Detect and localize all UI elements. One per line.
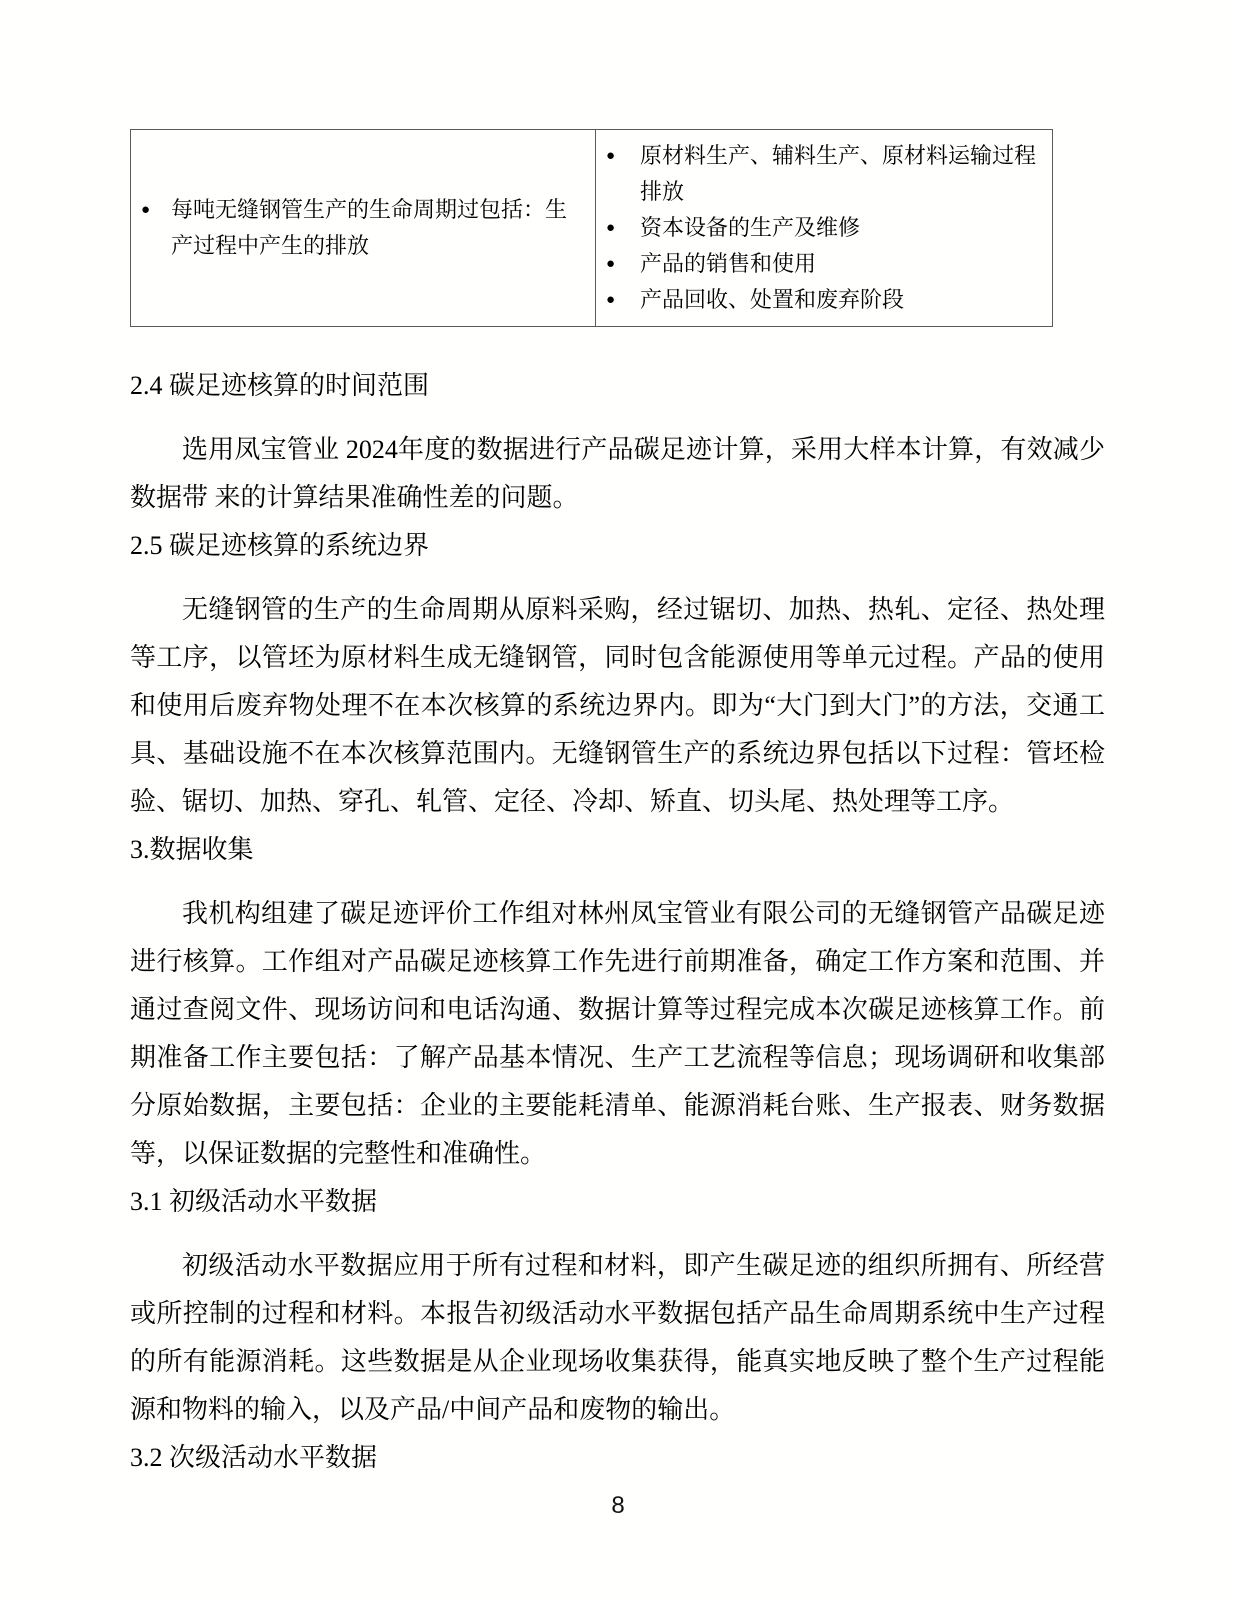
section-heading: 3.2 次级活动水平数据 — [130, 1434, 1105, 1482]
bullet-text: 每吨无缝钢管生产的生命周期过包括：生产过程中产生的排放 — [171, 192, 575, 264]
paragraph-text: 初级活动水平数据应用于所有过程和材料，即产生碳足迹的组织所拥有、所经营或所控制的… — [130, 1242, 1105, 1434]
scope-table-cell-left: ● 每吨无缝钢管生产的生命周期过包括：生产过程中产生的排放 — [131, 130, 596, 327]
bullet-text: 资本设备的生产及维修 — [640, 210, 1042, 246]
scope-table-cell-right: ● 原材料生产、辅料生产、原材料运输过程排放 ● 资本设备的生产及维修 ● 产品… — [596, 130, 1053, 327]
bullet-icon: ● — [606, 282, 640, 318]
bullet-item: ● 产品回收、处置和废弃阶段 — [606, 282, 1042, 318]
scope-table-row: ● 每吨无缝钢管生产的生命周期过包括：生产过程中产生的排放 ● 原材料生产、辅料… — [131, 130, 1053, 327]
document-section: 3.1 初级活动水平数据 初级活动水平数据应用于所有过程和材料，即产生碳足迹的组… — [130, 1178, 1105, 1434]
document-section: 2.5 碳足迹核算的系统边界 无缝钢管的生产的生命周期从原料采购，经过锯切、加热… — [130, 522, 1105, 826]
document-section: 3.数据收集 我机构组建了碳足迹评价工作组对林州凤宝管业有限公司的无缝钢管产品碳… — [130, 826, 1105, 1178]
paragraph-text: 选用凤宝管业 2024年度的数据进行产品碳足迹计算，采用大样本计算，有效减少数据… — [130, 426, 1105, 522]
right-bullet-list: ● 原材料生产、辅料生产、原材料运输过程排放 ● 资本设备的生产及维修 ● 产品… — [606, 138, 1042, 318]
bullet-icon: ● — [606, 210, 640, 246]
document-section: 2.4 碳足迹核算的时间范围 选用凤宝管业 2024年度的数据进行产品碳足迹计算… — [130, 362, 1105, 522]
document-sections: 2.4 碳足迹核算的时间范围 选用凤宝管业 2024年度的数据进行产品碳足迹计算… — [130, 362, 1105, 1482]
scope-table: ● 每吨无缝钢管生产的生命周期过包括：生产过程中产生的排放 ● 原材料生产、辅料… — [130, 129, 1053, 327]
section-heading: 2.5 碳足迹核算的系统边界 — [130, 522, 1105, 570]
page-footer: 8 — [0, 1492, 1236, 1520]
document-page: ● 每吨无缝钢管生产的生命周期过包括：生产过程中产生的排放 ● 原材料生产、辅料… — [0, 0, 1236, 1600]
bullet-icon: ● — [141, 192, 171, 228]
bullet-text: 产品回收、处置和废弃阶段 — [640, 282, 1042, 318]
bullet-text: 产品的销售和使用 — [640, 246, 1042, 282]
bullet-item: ● 资本设备的生产及维修 — [606, 210, 1042, 246]
bullet-item: ● 产品的销售和使用 — [606, 246, 1042, 282]
page-number: 8 — [611, 1492, 624, 1519]
section-heading: 2.4 碳足迹核算的时间范围 — [130, 362, 1105, 410]
left-bullet-list: ● 每吨无缝钢管生产的生命周期过包括：生产过程中产生的排放 — [141, 192, 585, 264]
bullet-icon: ● — [606, 246, 640, 282]
bullet-item: ● 每吨无缝钢管生产的生命周期过包括：生产过程中产生的排放 — [141, 192, 585, 264]
section-heading: 3.1 初级活动水平数据 — [130, 1178, 1105, 1226]
paragraph-text: 无缝钢管的生产的生命周期从原料采购，经过锯切、加热、热轧、定径、热处理等工序，以… — [130, 586, 1105, 826]
document-section: 3.2 次级活动水平数据 — [130, 1434, 1105, 1482]
section-heading: 3.数据收集 — [130, 826, 1105, 874]
bullet-item: ● 原材料生产、辅料生产、原材料运输过程排放 — [606, 138, 1042, 210]
bullet-icon: ● — [606, 138, 640, 174]
bullet-text: 原材料生产、辅料生产、原材料运输过程排放 — [640, 138, 1042, 210]
paragraph-text: 我机构组建了碳足迹评价工作组对林州凤宝管业有限公司的无缝钢管产品碳足迹进行核算。… — [130, 890, 1105, 1178]
